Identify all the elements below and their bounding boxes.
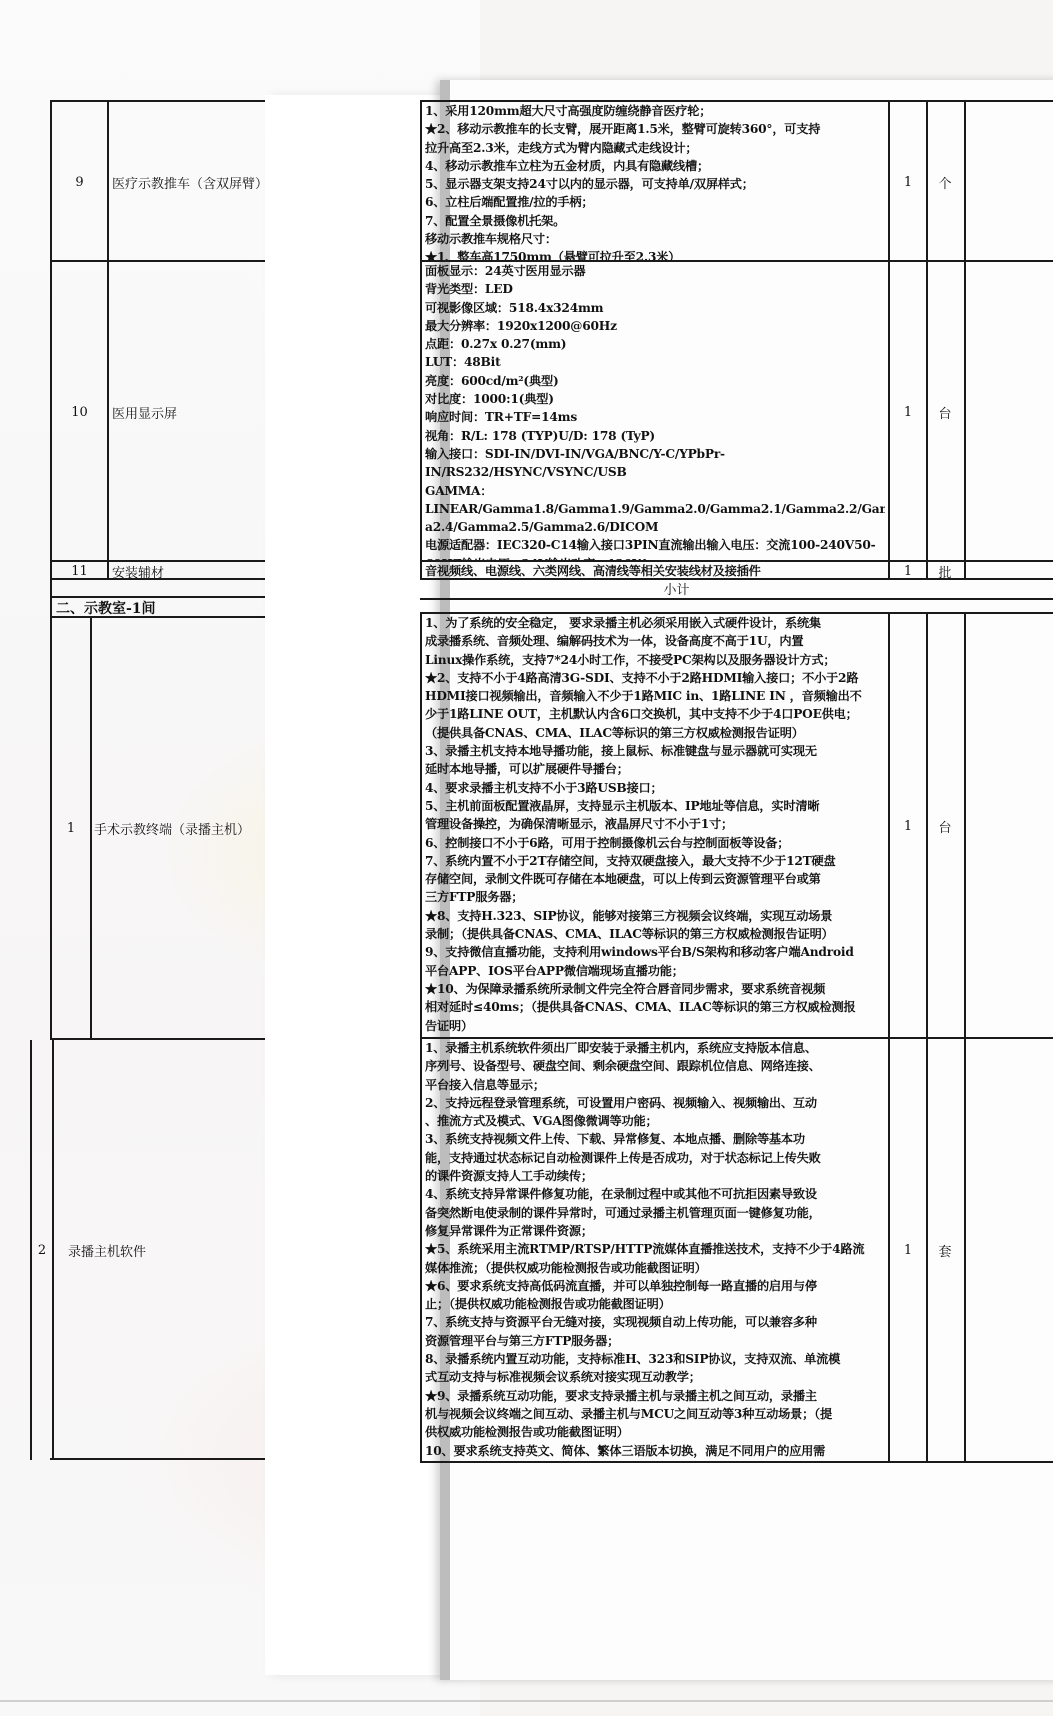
quantity-cell: 1 — [890, 1039, 928, 1461]
spec-line: 备突然断电使录制的课件异常时，可通过录播主机管理页面一键修复功能， — [425, 1204, 885, 1222]
spec-line: 最大分辨率：1920x1200@60Hz — [425, 317, 885, 335]
spec-line: 少于1路LINE OUT，主机默认内含6口交换机，其中支持不少于4口POE供电； — [425, 705, 885, 723]
spec-line: 视角：R/L: 178 (TYP)U/D: 178 (TyP) — [425, 427, 885, 445]
spec-line: 响应时间：TR+TF=14ms — [425, 408, 885, 426]
spec-line: 6、立柱后端配置推/拉的手柄； — [425, 193, 885, 211]
spec-line: 相对延时≤40ms；（提供具备CNAS、CMA、ILAC等标识的第三方权威检测报 — [425, 998, 885, 1016]
unit-cell: 套 — [926, 1039, 966, 1461]
spec-line: 三方FTP服务器； — [425, 888, 885, 906]
spec-line: a2.4/Gamma2.5/Gamma2.6/DICOM — [425, 518, 885, 536]
paper-edge — [0, 1700, 1053, 1702]
spec-line: 媒体推流；（提供权威功能检测报告或功能截图证明） — [425, 1259, 885, 1277]
spec-line: 供权威功能检测报告或功能截图证明） — [425, 1423, 885, 1441]
item-number: 10 — [50, 262, 109, 562]
spec-line: 资源管理平台与第三方FTP服务器； — [425, 1332, 885, 1350]
spec-line: 背光类型：LED — [425, 280, 885, 298]
spec-line: 对比度：1000:1(典型) — [425, 390, 885, 408]
spec-line: 录制；（提供具备CNAS、CMA、ILAC等标识的第三方权威检测报告证明） — [425, 925, 885, 943]
quantity-cell: 1 — [890, 102, 928, 262]
spec-line: （提供具备CNAS、CMA、ILAC等标识的第三方权威检测报告证明） — [425, 724, 885, 742]
spec-cell: 1、录播主机系统软件须出厂即安装于录播主机内，系统应支持版本信息、序列号、设备型… — [420, 1039, 890, 1461]
spec-line: 10、要求系统支持英文、简体、繁体三语版本切换，满足不同用户的应用需 — [425, 1442, 885, 1460]
spec-line: 拉升高至2.3米，走线方式为臂内隐藏式走线设计； — [425, 139, 885, 157]
spec-line: 可视影像区域：518.4x324mm — [425, 299, 885, 317]
spec-line: 8、录播系统内置互动功能，支持标准H、323和SIP协议，支持双流、单流模 — [425, 1350, 885, 1368]
spec-line: ★5、系统采用主流RTMP/RTSP/HTTP流媒体直播推送技术，支持不少于4路… — [425, 1240, 885, 1258]
spec-line: 点距：0.27x 0.27(mm) — [425, 335, 885, 353]
unit-cell: 台 — [926, 614, 966, 1039]
table-row: 音视频线、电源线、六类网线、高清线等相关安装线材及接插件 1 批 — [420, 560, 1053, 580]
spec-line: 管理设备操控，为确保清晰显示，液晶屏尺寸不小于1寸； — [425, 815, 885, 833]
subtotal-row: 小计 — [420, 578, 1053, 600]
spec-line: ★2、支持不小于4路高清3G-SDI、支持不小于2路HDMI输入接口；不小于2路 — [425, 669, 885, 687]
spec-line: ★8、支持H.323、SIP协议，能够对接第三方视频会议终端，实现互动场景 — [425, 907, 885, 925]
spec-line: 、推流方式及模式、VGA图像微调等功能； — [425, 1112, 885, 1130]
spec-line: 存储空间，录制文件既可存储在本地硬盘，可以上传到云资源管理平台或第 — [425, 870, 885, 888]
spec-line: ★10、为保障录播系统所录制文件完全符合唇音同步需求，要求系统音视频 — [425, 980, 885, 998]
spec-line: HDMI接口视频输出，音频输入不少于1路MIC in、1路LINE IN ，音频… — [425, 687, 885, 705]
spec-line: 修复异常课件为正常课件资源； — [425, 1222, 885, 1240]
spec-line: 7、系统支持与资源平台无缝对接，实现视频自动上传功能，可以兼容多种 — [425, 1313, 885, 1331]
spec-line: 9、支持微信直播功能，支持利用windows平台B/S架构和移动客户端Andro… — [425, 943, 885, 961]
spec-line: 1、为了系统的安全稳定， 要求录播主机必须采用嵌入式硬件设计，系统集 — [425, 614, 885, 632]
spec-line: 1、录播主机系统软件须出厂即安装于录播主机内，系统应支持版本信息、 — [425, 1039, 885, 1057]
spec-line: 的课件资源支持人工手动续传； — [425, 1167, 885, 1185]
spec-line: 1、采用120mm超大尺寸高强度防缠绕静音医疗轮； — [425, 102, 885, 120]
table-row: 1、录播主机系统软件须出厂即安装于录播主机内，系统应支持版本信息、序列号、设备型… — [420, 1037, 1053, 1463]
spec-line: ★2、移动示教推车的长支臂，展开距离1.5米，整臂可旋转360°，可支持 — [425, 120, 885, 138]
spec-line: 机与视频会议终端之间互动、录播主机与MCU之间互动等3种互动场景；（提 — [425, 1405, 885, 1423]
spec-line: 能，支持通过状态标记自动检测课件上传是否成功，对于状态标记上传失败 — [425, 1149, 885, 1167]
spec-cell: 面板显示：24英寸医用显示器背光类型：LED可视影像区域：518.4x324mm… — [420, 262, 890, 562]
spec-line: 电源适配器：IEC320-C14输入接口3PIN直流输出输入电压：交流100-2… — [425, 536, 885, 554]
spec-line: 式互动支持与标准视频会议系统对接实现互动教学； — [425, 1368, 885, 1386]
unit-cell: 个 — [926, 102, 966, 262]
unit-cell: 台 — [926, 262, 966, 562]
spec-line: 序列号、设备型号、硬盘空间、剩余硬盘空间、跟踪机位信息、网络连接、 — [425, 1057, 885, 1075]
spec-line: 4、系统支持异常课件修复功能，在录制过程中或其他不可抗拒因素导致设 — [425, 1185, 885, 1203]
spec-line: 2、支持远程登录管理系统，可设置用户密码、视频输入、视频输出、互动 — [425, 1094, 885, 1112]
spec-line: IN/RS232/HSYNC/VSYNC/USB — [425, 463, 885, 481]
spec-line: 7、系统内置不小于2T存储空间，支持双硬盘接入，最大支持不少于12T硬盘 — [425, 852, 885, 870]
spec-line: ★9、录播系统互动功能，要求支持录播主机与录播主机之间互动，录播主 — [425, 1387, 885, 1405]
spec-line: 5、显示器支架支持24寸以内的显示器，可支持单/双屏样式； — [425, 175, 885, 193]
spec-line: Linux操作系统，支持7*24小时工作，不接受PC架构以及服务器设计方式； — [425, 651, 885, 669]
spec-line: 平台接入信息等显示； — [425, 1076, 885, 1094]
quantity-cell: 1 — [890, 262, 928, 562]
spec-line: 输入接口：SDI-IN/DVI-IN/VGA/BNC/Y-C/YPbPr- — [425, 445, 885, 463]
table-row: 面板显示：24英寸医用显示器背光类型：LED可视影像区域：518.4x324mm… — [420, 260, 1053, 562]
spec-line: ★6、要求系统支持高低码流直播，并可以单独控制每一路直播的启用与停 — [425, 1277, 885, 1295]
spec-cell: 1、采用120mm超大尺寸高强度防缠绕静音医疗轮；★2、移动示教推车的长支臂，展… — [420, 102, 890, 262]
spec-line: 止；（提供权威功能检测报告或功能截图证明） — [425, 1295, 885, 1313]
spec-line: 5、主机前面板配置液晶屏，支持显示主机版本、IP地址等信息，实时清晰 — [425, 797, 885, 815]
spec-line: GAMMA： — [425, 482, 885, 500]
spec-line: 3、系统支持视频文件上传、下载、异常修复、本地点播、删除等基本功 — [425, 1130, 885, 1148]
spec-line: 4、要求录播主机支持不小于3路USB接口； — [425, 779, 885, 797]
spec-line: 4、移动示教推车立柱为五金材质，内具有隐藏线槽； — [425, 157, 885, 175]
spec-cell: 1、为了系统的安全稳定， 要求录播主机必须采用嵌入式硬件设计，系统集成录播系统、… — [420, 614, 890, 1039]
spec-line: 3、录播主机支持本地导播功能，接上鼠标、标准键盘与显示器就可实现无 — [425, 742, 885, 760]
item-number: 2 — [30, 1040, 54, 1460]
spec-line: 7、配置全景摄像机托架。 — [425, 212, 885, 230]
spec-line: LINEAR/Gamma1.8/Gamma1.9/Gamma2.0/Gamma2… — [425, 500, 885, 518]
spec-line: 成录播系统、音频处理、编解码技术为一体，设备高度不高于1U，内置 — [425, 632, 885, 650]
spec-line: 平台APP、IOS平台APP微信端现场直播功能； — [425, 962, 885, 980]
spec-line: 面板显示：24英寸医用显示器 — [425, 262, 885, 280]
table-row: 1、采用120mm超大尺寸高强度防缠绕静音医疗轮；★2、移动示教推车的长支臂，展… — [420, 100, 1053, 262]
spec-line: LUT：48Bit — [425, 353, 885, 371]
spec-line: 移动示教推车规格尺寸： — [425, 230, 885, 248]
quantity-cell: 1 — [890, 614, 928, 1039]
spec-line: 告证明） — [425, 1017, 885, 1035]
spec-line: 6、控制接口不小于6路，可用于控制摄像机云台与控制面板等设备； — [425, 834, 885, 852]
spec-line: 亮度：600cd/m²(典型) — [425, 372, 885, 390]
item-number: 9 — [50, 102, 109, 262]
item-number: 1 — [50, 618, 92, 1038]
spec-line: 延时本地导播，可以扩展硬件导播台； — [425, 760, 885, 778]
table-row: 1、为了系统的安全稳定， 要求录播主机必须采用嵌入式硬件设计，系统集成录播系统、… — [420, 612, 1053, 1039]
